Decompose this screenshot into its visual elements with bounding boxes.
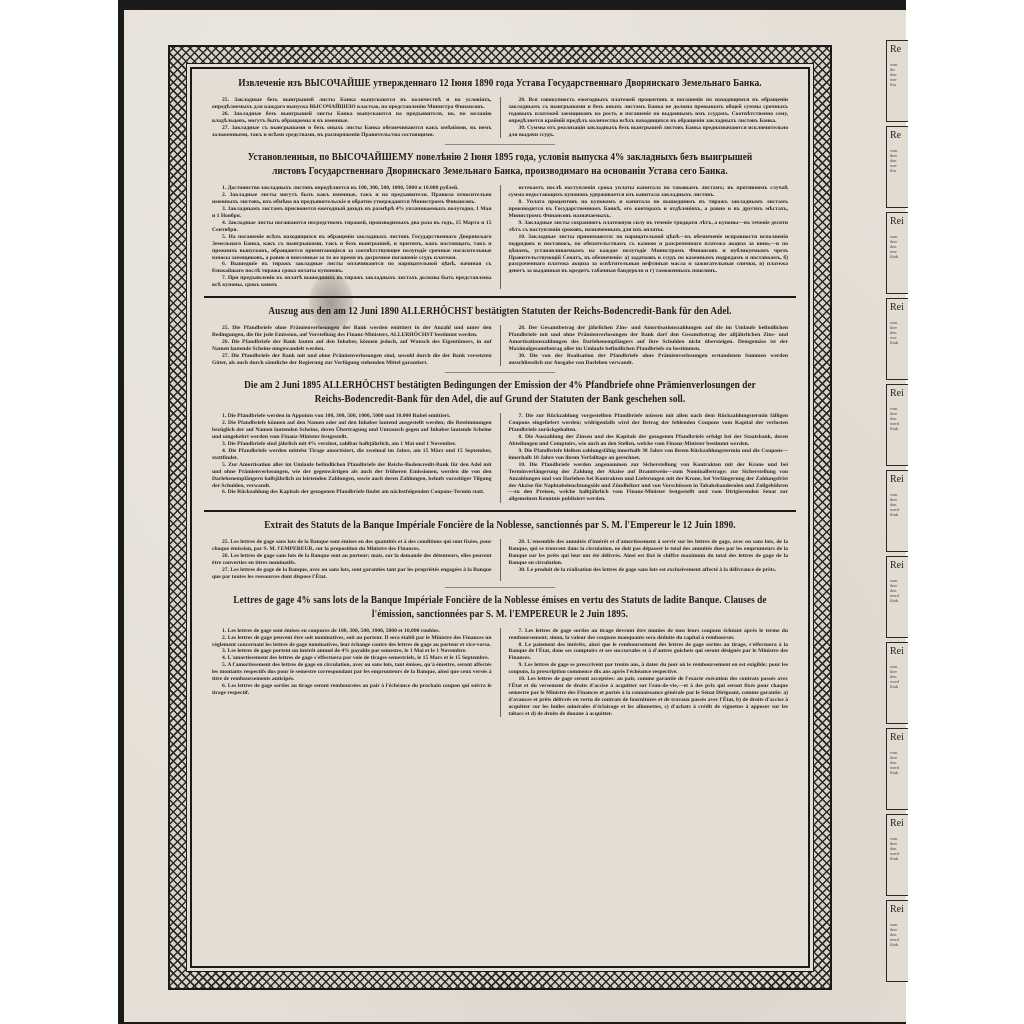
coupon-text: vomihredenwerdEink bbox=[887, 399, 908, 432]
article-paragraph: 9. Закладные листы сохраняютъ платежную … bbox=[509, 220, 789, 234]
coupon-title: Re bbox=[887, 41, 908, 55]
column-right: 7. Die zur Rückzahlung vorgestellten Pfa… bbox=[500, 413, 797, 503]
article-paragraph: 1. Les lettres de gage sont émises en co… bbox=[212, 628, 492, 635]
article-paragraph: истекаетъ послѣ наступленія срока уплаты… bbox=[509, 185, 789, 199]
column-left: 25. Закладные безъ выигрышей листы Банка… bbox=[204, 97, 500, 138]
coupon-stub: ReivomihredenwerdEink bbox=[886, 900, 908, 982]
article-paragraph: 6. Вышедшіе въ тиражъ закладные листы оп… bbox=[212, 261, 492, 275]
section-columns: 1. Die Pfandbriefe werden in Appoints vo… bbox=[204, 413, 796, 503]
article-paragraph: 5. На погашеніе всѣхъ находящихся въ обр… bbox=[212, 234, 492, 262]
coupon-stub: ReivomihredenwerdEink bbox=[886, 470, 908, 552]
article-paragraph: 10. Закладные листы принимаются: по нари… bbox=[509, 234, 789, 275]
coupon-title: Rei bbox=[887, 471, 908, 485]
document-body: Извлеченіе изъ ВЫСОЧАЙШЕ утвержденнаго 1… bbox=[204, 77, 796, 958]
article-paragraph: 8. Die Auszahlung der Zinsen und des Kap… bbox=[509, 434, 789, 448]
section-columns: 1. Достоинство закладныхъ листовъ опредѣ… bbox=[204, 185, 796, 289]
section-divider bbox=[204, 510, 796, 512]
coupon-title: Rei bbox=[887, 643, 908, 657]
coupon-stub: ReivomihredenwerdEink bbox=[886, 642, 908, 724]
coupon-text: vomihredenwerdEink bbox=[887, 743, 908, 776]
section-title: Установленныя, по ВЫСОЧАЙШЕМУ повелѣнію … bbox=[233, 151, 767, 179]
article-paragraph: 26. Les lettres de gage sans lots de la … bbox=[212, 553, 492, 567]
article-paragraph: 25. Die Pfandbriefe ohne Prämienverlosun… bbox=[212, 325, 492, 339]
article-paragraph: 7. Die zur Rückzahlung vorgestellten Pfa… bbox=[509, 413, 789, 434]
article-paragraph: 4. Die Pfandbriefe werden mittelst Tirag… bbox=[212, 448, 492, 462]
article-paragraph: 27. Закладные съ выигрышами и безъ оныхъ… bbox=[212, 125, 492, 139]
article-paragraph: 6. Die Rückzahlung des Kapitals der gezo… bbox=[212, 489, 492, 496]
section-divider bbox=[204, 296, 796, 298]
coupon-text: vomihredenwerEink bbox=[887, 227, 908, 260]
article-paragraph: 9. Les lettres de gage se prescrivent pa… bbox=[509, 662, 789, 676]
section-divider bbox=[445, 587, 555, 588]
coupon-title: Rei bbox=[887, 385, 908, 399]
ink-stamp bbox=[308, 272, 354, 334]
section-de-statutes: Auszug aus den am 12 Juni 1890 ALLERHÖCH… bbox=[204, 305, 796, 366]
column-left: 1. Достоинство закладныхъ листовъ опредѣ… bbox=[204, 185, 500, 289]
article-paragraph: 5. Zur Amortisation aller im Umlaufe bef… bbox=[212, 462, 492, 490]
column-right: 7. Les lettres de gage sorties au tirage… bbox=[500, 628, 797, 718]
coupon-text: vomihredenwerdEink bbox=[887, 829, 908, 862]
article-paragraph: 8. Уплата процентовъ по купонамъ и капит… bbox=[509, 199, 789, 220]
article-paragraph: 28. Вся совокупность ежегодныхъ платежей… bbox=[509, 97, 789, 125]
section-title: Lettres de gage 4% sans lots de la Banqu… bbox=[233, 594, 767, 622]
article-paragraph: 27. Les lettres de gage de la Banque, av… bbox=[212, 567, 492, 581]
section-divider bbox=[445, 144, 555, 145]
article-paragraph: 7. Les lettres de gage sorties au tirage… bbox=[509, 628, 789, 642]
coupon-text: vomihredenwerdEink bbox=[887, 915, 908, 948]
section-ru-statutes: Извлеченіе изъ ВЫСОЧАЙШЕ утвержденнаго 1… bbox=[204, 77, 796, 138]
article-paragraph: 30. Le produit de la réalisation des let… bbox=[509, 567, 789, 574]
coupon-text: vomihredenwerEin bbox=[887, 141, 908, 174]
coupon-stub: ReivomihredenwerEink bbox=[886, 298, 908, 380]
coupon-title: Rei bbox=[887, 901, 908, 915]
column-left: 1. Die Pfandbriefe werden in Appoints vo… bbox=[204, 413, 500, 503]
column-left: 25. Die Pfandbriefe ohne Prämienverlosun… bbox=[204, 325, 500, 366]
article-paragraph: 30. Die von der Realisation der Pfandbri… bbox=[509, 353, 789, 367]
coupon-title: Rei bbox=[887, 299, 908, 313]
article-paragraph: 25. Закладные безъ выигрышей листы Банка… bbox=[212, 97, 492, 111]
coupon-title: Rei bbox=[887, 213, 908, 227]
coupon-stub: ReivomihredenwerdEink bbox=[886, 728, 908, 810]
section-columns: 25. Les lettres de gage sans lots de la … bbox=[204, 539, 796, 580]
ornamental-border: Извлеченіе изъ ВЫСОЧАЙШЕ утвержденнаго 1… bbox=[168, 45, 832, 990]
coupon-text: vomihredenwerdEink bbox=[887, 657, 908, 690]
section-title: Extrait des Statuts de la Banque Impéria… bbox=[233, 519, 767, 533]
column-right: 28. Der Gesamtbetrag der jährlichen Zins… bbox=[500, 325, 797, 366]
article-paragraph: 30. Суммы отъ реализаціи закладныхъ безъ… bbox=[509, 125, 789, 139]
article-paragraph: 5. A l'amortissement des lettres de gage… bbox=[212, 662, 492, 683]
coupon-stub: ReivomihredenwerdEink bbox=[886, 384, 908, 466]
coupon-stub: ReivomihredenwerEink bbox=[886, 212, 908, 294]
article-paragraph: 6. Les lettres de gage sorties au tirage… bbox=[212, 683, 492, 697]
section-title: Извлеченіе изъ ВЫСОЧАЙШЕ утвержденнаго 1… bbox=[233, 77, 767, 91]
section-columns: 25. Закладные безъ выигрышей листы Банка… bbox=[204, 97, 796, 138]
article-paragraph: 28. L'ensemble des annuités d'intérêt et… bbox=[509, 539, 789, 567]
column-left: 25. Les lettres de gage sans lots de la … bbox=[204, 539, 500, 580]
article-paragraph: 3. Закладнымъ листамъ присвояется ежегод… bbox=[212, 206, 492, 220]
section-columns: 25. Die Pfandbriefe ohne Prämienverlosun… bbox=[204, 325, 796, 366]
article-paragraph: 2. Закладные листы могутъ быть какъ имен… bbox=[212, 192, 492, 206]
coupon-text: vomihredenwerdEink bbox=[887, 485, 908, 518]
coupon-stub: ReivomihredenwerdEink bbox=[886, 814, 908, 896]
coupon-title: Re bbox=[887, 127, 908, 141]
coupon-strip: RevomihrdenwerEinRevomihredenwerEinReivo… bbox=[886, 40, 906, 985]
coupon-stub: RevomihrdenwerEin bbox=[886, 40, 908, 122]
article-paragraph: 3. Les lettres de gage portent un intérê… bbox=[212, 648, 492, 655]
article-paragraph: 8. Le paiement des intérêts, ainsi que l… bbox=[509, 642, 789, 663]
text-panel: Извлеченіе изъ ВЫСОЧАЙШЕ утвержденнаго 1… bbox=[190, 67, 810, 968]
section-divider bbox=[445, 372, 555, 373]
coupon-text: vomihredenwerEink bbox=[887, 313, 908, 346]
article-paragraph: 4. Закладные листы погашаются посредство… bbox=[212, 220, 492, 234]
article-paragraph: 28. Der Gesamtbetrag der jährlichen Zins… bbox=[509, 325, 789, 353]
article-paragraph: 27. Die Pfandbriefe der Bank mit und ohn… bbox=[212, 353, 492, 367]
column-right: истекаетъ послѣ наступленія срока уплаты… bbox=[500, 185, 797, 289]
article-paragraph: 1. Die Pfandbriefe werden in Appoints vo… bbox=[212, 413, 492, 420]
article-paragraph: 4. L'amortissement des lettres de gage s… bbox=[212, 655, 492, 662]
section-columns: 1. Les lettres de gage sont émises en co… bbox=[204, 628, 796, 718]
coupon-title: Rei bbox=[887, 729, 908, 743]
column-right: 28. L'ensemble des annuités d'intérêt et… bbox=[500, 539, 797, 580]
article-paragraph: 25. Les lettres de gage sans lots de la … bbox=[212, 539, 492, 553]
coupon-text: vomihredenwerdEink bbox=[887, 571, 908, 604]
column-left: 1. Les lettres de gage sont émises en co… bbox=[204, 628, 500, 718]
article-paragraph: 26. Закладные безъ выигрышей листы Банка… bbox=[212, 111, 492, 125]
coupon-title: Rei bbox=[887, 815, 908, 829]
coupon-stub: RevomihredenwerEin bbox=[886, 126, 908, 208]
section-de-conditions: Die am 2 Juni 1895 ALLERHÖCHST bestätigt… bbox=[204, 379, 796, 503]
column-right: 28. Вся совокупность ежегодныхъ платежей… bbox=[500, 97, 797, 138]
coupon-text: vomihrdenwerEin bbox=[887, 55, 908, 88]
section-fr-conditions: Lettres de gage 4% sans lots de la Banqu… bbox=[204, 594, 796, 718]
article-paragraph: 26. Die Pfandbriefe der Bank lauten auf … bbox=[212, 339, 492, 353]
coupon-stub: ReivomihredenwerdEink bbox=[886, 556, 908, 638]
article-paragraph: 10. Die Pfandbriefe werden angenommen zu… bbox=[509, 462, 789, 503]
article-paragraph: 7. При предъявленіи къ оплатѣ вышедшихъ … bbox=[212, 275, 492, 289]
article-paragraph: 9. Die Pfandbriefe bleiben zahlungsfähig… bbox=[509, 448, 789, 462]
section-title: Die am 2 Juni 1895 ALLERHÖCHST bestätigt… bbox=[233, 379, 767, 407]
article-paragraph: 2. Die Pfandbriefe können auf den Namen … bbox=[212, 420, 492, 441]
section-fr-statutes: Extrait des Statuts de la Banque Impéria… bbox=[204, 519, 796, 580]
article-paragraph: 3. Die Pfandbriefe sind jährlich mit 4% … bbox=[212, 441, 492, 448]
coupon-title: Rei bbox=[887, 557, 908, 571]
article-paragraph: 2. Les lettres de gage peuvent être soit… bbox=[212, 635, 492, 649]
section-ru-conditions: Установленныя, по ВЫСОЧАЙШЕМУ повелѣнію … bbox=[204, 151, 796, 289]
article-paragraph: 10. Les lettres de gage seront acceptées… bbox=[509, 676, 789, 717]
